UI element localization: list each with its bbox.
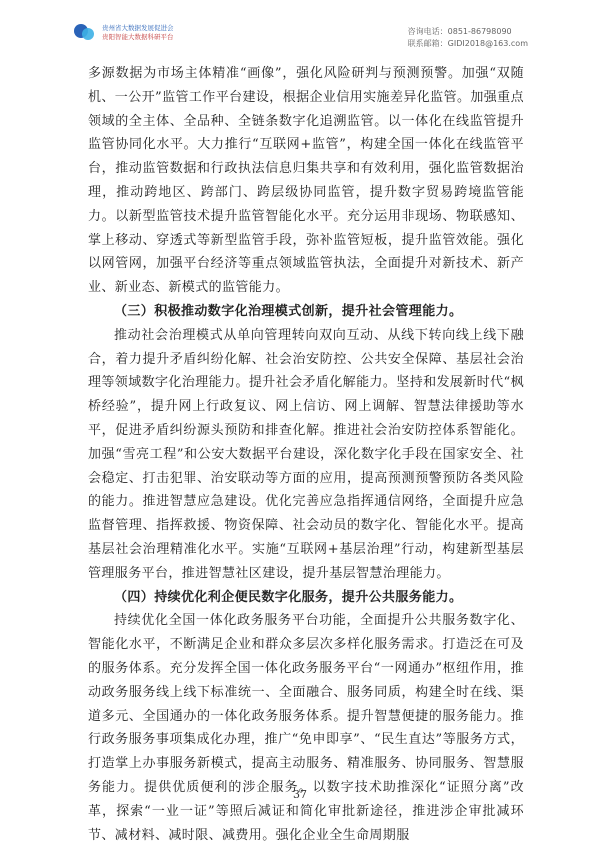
paragraph-public-service: 持续优化全国一体化政务服务平台功能，全面提升公共服务数字化、智能化水平，不断满足… [88, 609, 524, 847]
contact-phone: 咨询电话：0851-86798090 [408, 26, 528, 38]
section-heading-4: （四）持续优化利企便民数字化服务，提升公共服务能力。 [88, 586, 524, 610]
page-number: 37 [0, 788, 600, 801]
organization-logo: 贵州省大数据发展促进会 贵阳智能大数据科研平台 [72, 22, 174, 44]
document-body: 多源数据为市场主体精准“画像”，强化风险研判与预测预警。加强“双随机、一公开”监… [88, 62, 524, 847]
section-heading-3: （三）积极推动数字化治理模式创新，提升社会管理能力。 [88, 300, 524, 324]
page-header: 贵州省大数据发展促进会 贵阳智能大数据科研平台 咨询电话：0851-867980… [0, 0, 600, 56]
logo-icon [72, 22, 98, 44]
contact-info: 咨询电话：0851-86798090 联系邮箱：GIDI2018@163.com [408, 26, 528, 50]
paragraph-social-governance: 推动社会治理模式从单向管理转向双向互动、从线下转向线上线下融合，着力提升矛盾纠纷… [88, 324, 524, 586]
paragraph-continuation: 多源数据为市场主体精准“画像”，强化风险研判与预测预警。加强“双随机、一公开”监… [88, 62, 524, 300]
contact-email: 联系邮箱：GIDI2018@163.com [408, 38, 528, 50]
logo-line-1: 贵州省大数据发展促进会 [102, 24, 174, 33]
logo-line-2: 贵阳智能大数据科研平台 [102, 33, 174, 42]
